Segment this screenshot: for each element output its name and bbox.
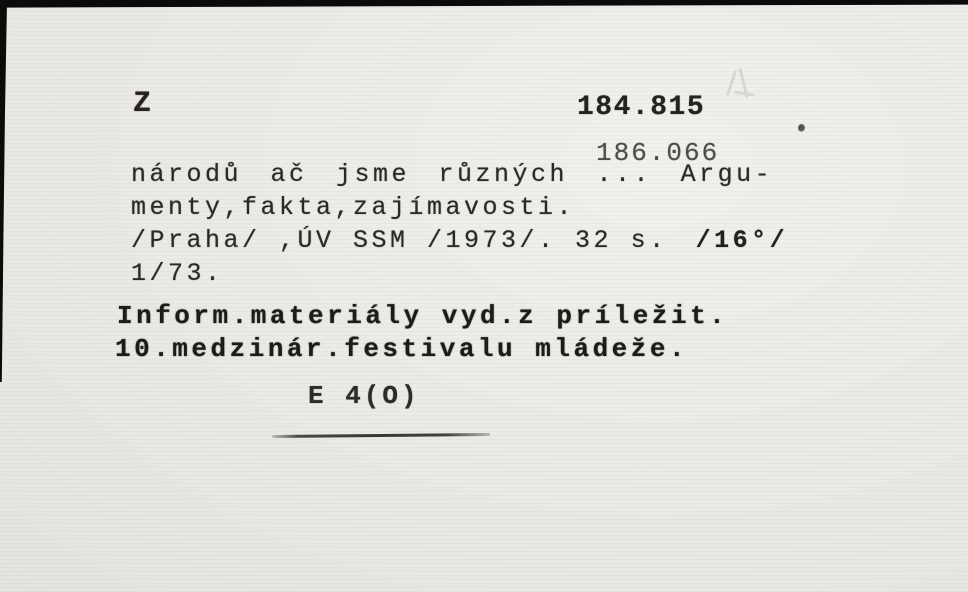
issue-number: 1/73. bbox=[131, 261, 224, 286]
index-letter: Z bbox=[133, 89, 151, 119]
note-line-2: 10.medzinár.festivalu mládeže. bbox=[115, 336, 688, 362]
format-notation: /16°/ bbox=[696, 226, 789, 255]
ink-speck bbox=[798, 124, 805, 132]
pencil-smudge bbox=[720, 66, 764, 114]
separator-underline bbox=[272, 433, 490, 438]
imprint-text: /Praha/ ,ÚV SSM /1973/. 32 s. bbox=[131, 226, 668, 255]
call-number-primary: 184.815 bbox=[577, 94, 705, 122]
title-line-1: národů ač jsme různých ... Argu- bbox=[131, 162, 773, 187]
imprint-line: /Praha/ ,ÚV SSM /1973/. 32 s./16°/ bbox=[131, 228, 788, 253]
scan-edge-left bbox=[0, 0, 9, 382]
scanned-catalog-card: Z 184.815 186.066 národů ač jsme různých… bbox=[0, 0, 968, 592]
scan-edge-top bbox=[0, 0, 968, 8]
classification-code: E 4(O) bbox=[308, 383, 420, 409]
note-line-1: Inform.materiály vyd.z príležit. bbox=[117, 303, 728, 329]
title-line-2: menty,fakta,zajímavosti. bbox=[131, 195, 575, 220]
